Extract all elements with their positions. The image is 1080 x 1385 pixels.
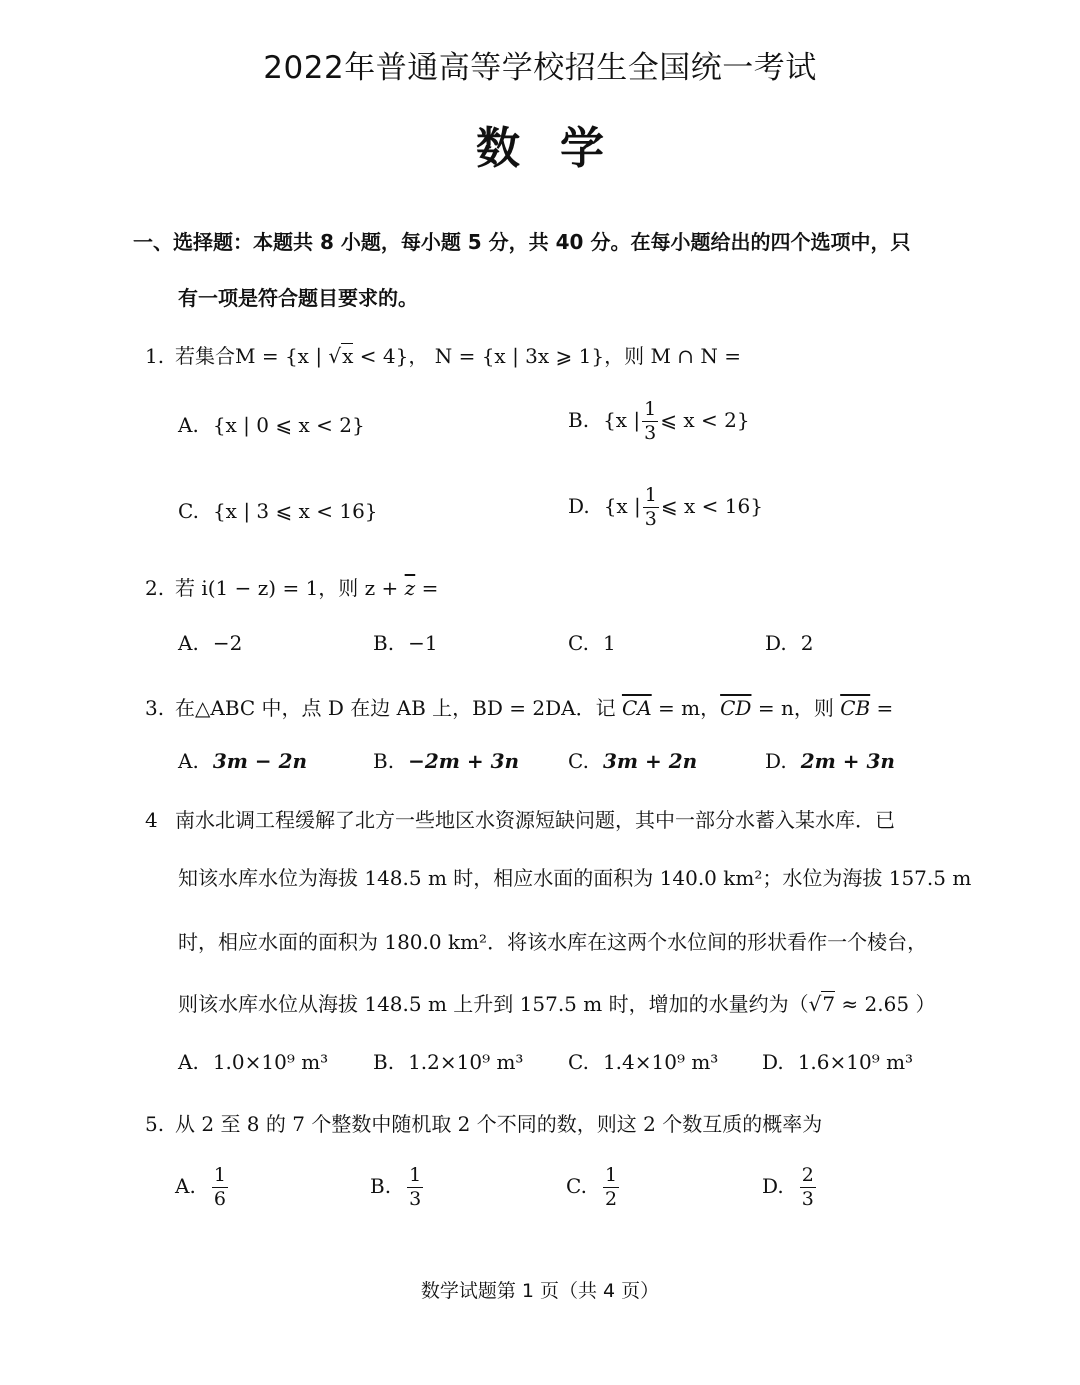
option-label: D. — [568, 494, 590, 518]
option-label: B. — [373, 1050, 394, 1074]
numerator: 1 — [407, 1166, 423, 1188]
option-text: {x | 0 ⩽ x < 2} — [213, 413, 365, 437]
option-label: A. — [178, 1050, 199, 1074]
question-1-stem: 1.若集合M = {x | √x < 4}， N = {x | 3x ⩾ 1}，… — [145, 340, 741, 369]
question-text: = n，则 — [751, 696, 840, 720]
question-4-line-1: 4南水北调工程缓解了北方一些地区水资源短缺问题，其中一部分水蓄入某水库．已 — [145, 804, 895, 833]
question-4-line-3: 时，相应水面的面积为 180.0 km²．将该水库在这两个水位间的形状看作一个棱… — [178, 926, 927, 955]
denominator: 3 — [645, 508, 657, 529]
question-text: 南水北调工程缓解了北方一些地区水资源短缺问题，其中一部分水蓄入某水库．已 — [175, 808, 895, 832]
page-footer: 数学试题第 1 页（共 4 页） — [0, 1276, 1080, 1303]
q3-option-b[interactable]: B.−2m + 3n — [373, 749, 519, 773]
option-text: {x | 3 ⩽ x < 16} — [213, 499, 378, 523]
option-text: 1.2×10⁹ m³ — [408, 1050, 523, 1074]
option-text: 1 — [603, 631, 616, 655]
q5-option-b[interactable]: B.13 — [370, 1166, 425, 1209]
question-text: 则该水库水位从海拔 148.5 m 上升到 157.5 m 时，增加的水量约为（ — [178, 992, 809, 1016]
option-label: B. — [373, 631, 394, 655]
question-text: 在△ABC 中，点 D 在边 AB 上，BD = 2DA．记 — [175, 696, 622, 720]
subject-title: 数学 — [0, 112, 1080, 176]
question-number: 4 — [145, 808, 175, 832]
option-label: A. — [178, 749, 199, 773]
question-number: 5. — [145, 1112, 175, 1136]
q2-option-c[interactable]: C.1 — [568, 631, 616, 655]
exam-title: 2022年普通高等学校招生全国统一考试 — [0, 42, 1080, 87]
option-label: D. — [762, 1050, 784, 1074]
option-label: A. — [175, 1174, 196, 1198]
q4-option-b[interactable]: B.1.2×10⁹ m³ — [373, 1050, 523, 1074]
option-label: C. — [566, 1174, 587, 1198]
question-4-line-4: 则该水库水位从海拔 148.5 m 上升到 157.5 m 时，增加的水量约为（… — [178, 988, 935, 1017]
question-text: 从 2 至 8 的 7 个整数中随机取 2 个不同的数，则这 2 个数互质的概率… — [175, 1112, 822, 1136]
question-text: 若集合 — [175, 344, 235, 368]
option-text: 1.0×10⁹ m³ — [213, 1050, 328, 1074]
hint-text: ≈ 2.65 ） — [835, 992, 935, 1016]
q1-option-c[interactable]: C.{x | 3 ⩽ x < 16} — [178, 499, 378, 523]
fraction: 13 — [642, 400, 658, 443]
numerator: 2 — [800, 1166, 816, 1188]
denominator: 3 — [409, 1188, 421, 1209]
option-text-post: ⩽ x < 2} — [660, 408, 749, 432]
question-5-stem: 5.从 2 至 8 的 7 个整数中随机取 2 个不同的数，则这 2 个数互质的… — [145, 1108, 822, 1137]
option-text: 1.6×10⁹ m³ — [798, 1050, 913, 1074]
vector-cb: CB — [840, 696, 870, 720]
vector-cd: CD — [720, 696, 751, 720]
option-text: 1.4×10⁹ m³ — [603, 1050, 718, 1074]
q2-option-d[interactable]: D.2 — [765, 631, 813, 655]
sqrt-x: x — [341, 343, 353, 368]
q5-option-c[interactable]: C.12 — [566, 1166, 621, 1209]
denominator: 2 — [605, 1188, 617, 1209]
option-label: B. — [373, 749, 394, 773]
question-2-stem: 2.若 i(1 − z) = 1，则 z + z = — [145, 572, 438, 601]
set-m-tail: < 4}， — [353, 344, 428, 368]
option-text: 2m + 3n — [801, 749, 895, 773]
set-m: M = {x | — [235, 344, 328, 368]
fraction: 12 — [603, 1166, 619, 1209]
q4-option-a[interactable]: A.1.0×10⁹ m³ — [178, 1050, 328, 1074]
question-text-tail: = — [415, 576, 438, 600]
option-text-post: ⩽ x < 16} — [661, 494, 763, 518]
option-label: C. — [178, 499, 199, 523]
q3-option-c[interactable]: C.3m + 2n — [568, 749, 697, 773]
denominator: 6 — [214, 1188, 226, 1209]
option-text: 2 — [801, 631, 814, 655]
denominator: 3 — [802, 1188, 814, 1209]
vector-ca: CA — [622, 696, 652, 720]
denominator: 3 — [644, 422, 656, 443]
fraction: 13 — [643, 486, 659, 529]
question-3-stem: 3.在△ABC 中，点 D 在边 AB 上，BD = 2DA．记 CA = m，… — [145, 692, 893, 721]
question-4-line-2: 知该水库水位为海拔 148.5 m 时，相应水面的面积为 140.0 km²；水… — [178, 862, 971, 891]
q4-option-d[interactable]: D.1.6×10⁹ m³ — [762, 1050, 913, 1074]
fraction: 13 — [407, 1166, 423, 1209]
option-text: −2 — [213, 631, 242, 655]
option-text-pre: {x | — [603, 408, 640, 432]
option-label: A. — [178, 631, 199, 655]
option-label: A. — [178, 413, 199, 437]
option-label: C. — [568, 1050, 589, 1074]
option-text-pre: {x | — [604, 494, 641, 518]
q5-option-a[interactable]: A.16 — [175, 1166, 230, 1209]
question-number: 2. — [145, 576, 175, 600]
option-label: D. — [765, 631, 787, 655]
option-label: C. — [568, 749, 589, 773]
q2-option-a[interactable]: A.−2 — [178, 631, 242, 655]
option-text: 3m + 2n — [603, 749, 697, 773]
q3-option-d[interactable]: D.2m + 3n — [765, 749, 895, 773]
option-label: B. — [568, 408, 589, 432]
option-label: D. — [762, 1174, 784, 1198]
numerator: 1 — [643, 486, 659, 508]
q1-option-a[interactable]: A.{x | 0 ⩽ x < 2} — [178, 413, 365, 437]
option-text: −1 — [408, 631, 437, 655]
q3-option-a[interactable]: A.3m − 2n — [178, 749, 307, 773]
option-label: D. — [765, 749, 787, 773]
q1-option-d[interactable]: D.{x |13⩽ x < 16} — [568, 486, 763, 529]
option-label: C. — [568, 631, 589, 655]
q4-option-c[interactable]: C.1.4×10⁹ m³ — [568, 1050, 718, 1074]
q1-option-b[interactable]: B.{x |13⩽ x < 2} — [568, 400, 750, 443]
sqrt-7: 7 — [821, 991, 835, 1016]
option-text: 3m − 2n — [213, 749, 307, 773]
numerator: 1 — [603, 1166, 619, 1188]
option-label: B. — [370, 1174, 391, 1198]
q5-option-d[interactable]: D.23 — [762, 1166, 818, 1209]
fraction: 23 — [800, 1166, 816, 1209]
question-number: 1. — [145, 344, 175, 368]
section-instructions-line1: 一、选择题：本题共 8 小题，每小题 5 分，共 40 分。在每小题给出的四个选… — [133, 226, 910, 255]
question-text: = — [870, 696, 893, 720]
set-n: N = {x | 3x ⩾ 1}，则 M ∩ N = — [435, 344, 741, 368]
question-text: = m， — [652, 696, 720, 720]
question-text: 若 i(1 − z) = 1，则 z + — [175, 576, 405, 600]
numerator: 1 — [642, 400, 658, 422]
numerator: 1 — [212, 1166, 228, 1188]
z-conjugate: z — [405, 576, 416, 600]
question-number: 3. — [145, 696, 175, 720]
option-text: −2m + 3n — [408, 749, 519, 773]
fraction: 16 — [212, 1166, 228, 1209]
section-instructions-line2: 有一项是符合题目要求的。 — [178, 282, 418, 311]
q2-option-b[interactable]: B.−1 — [373, 631, 438, 655]
